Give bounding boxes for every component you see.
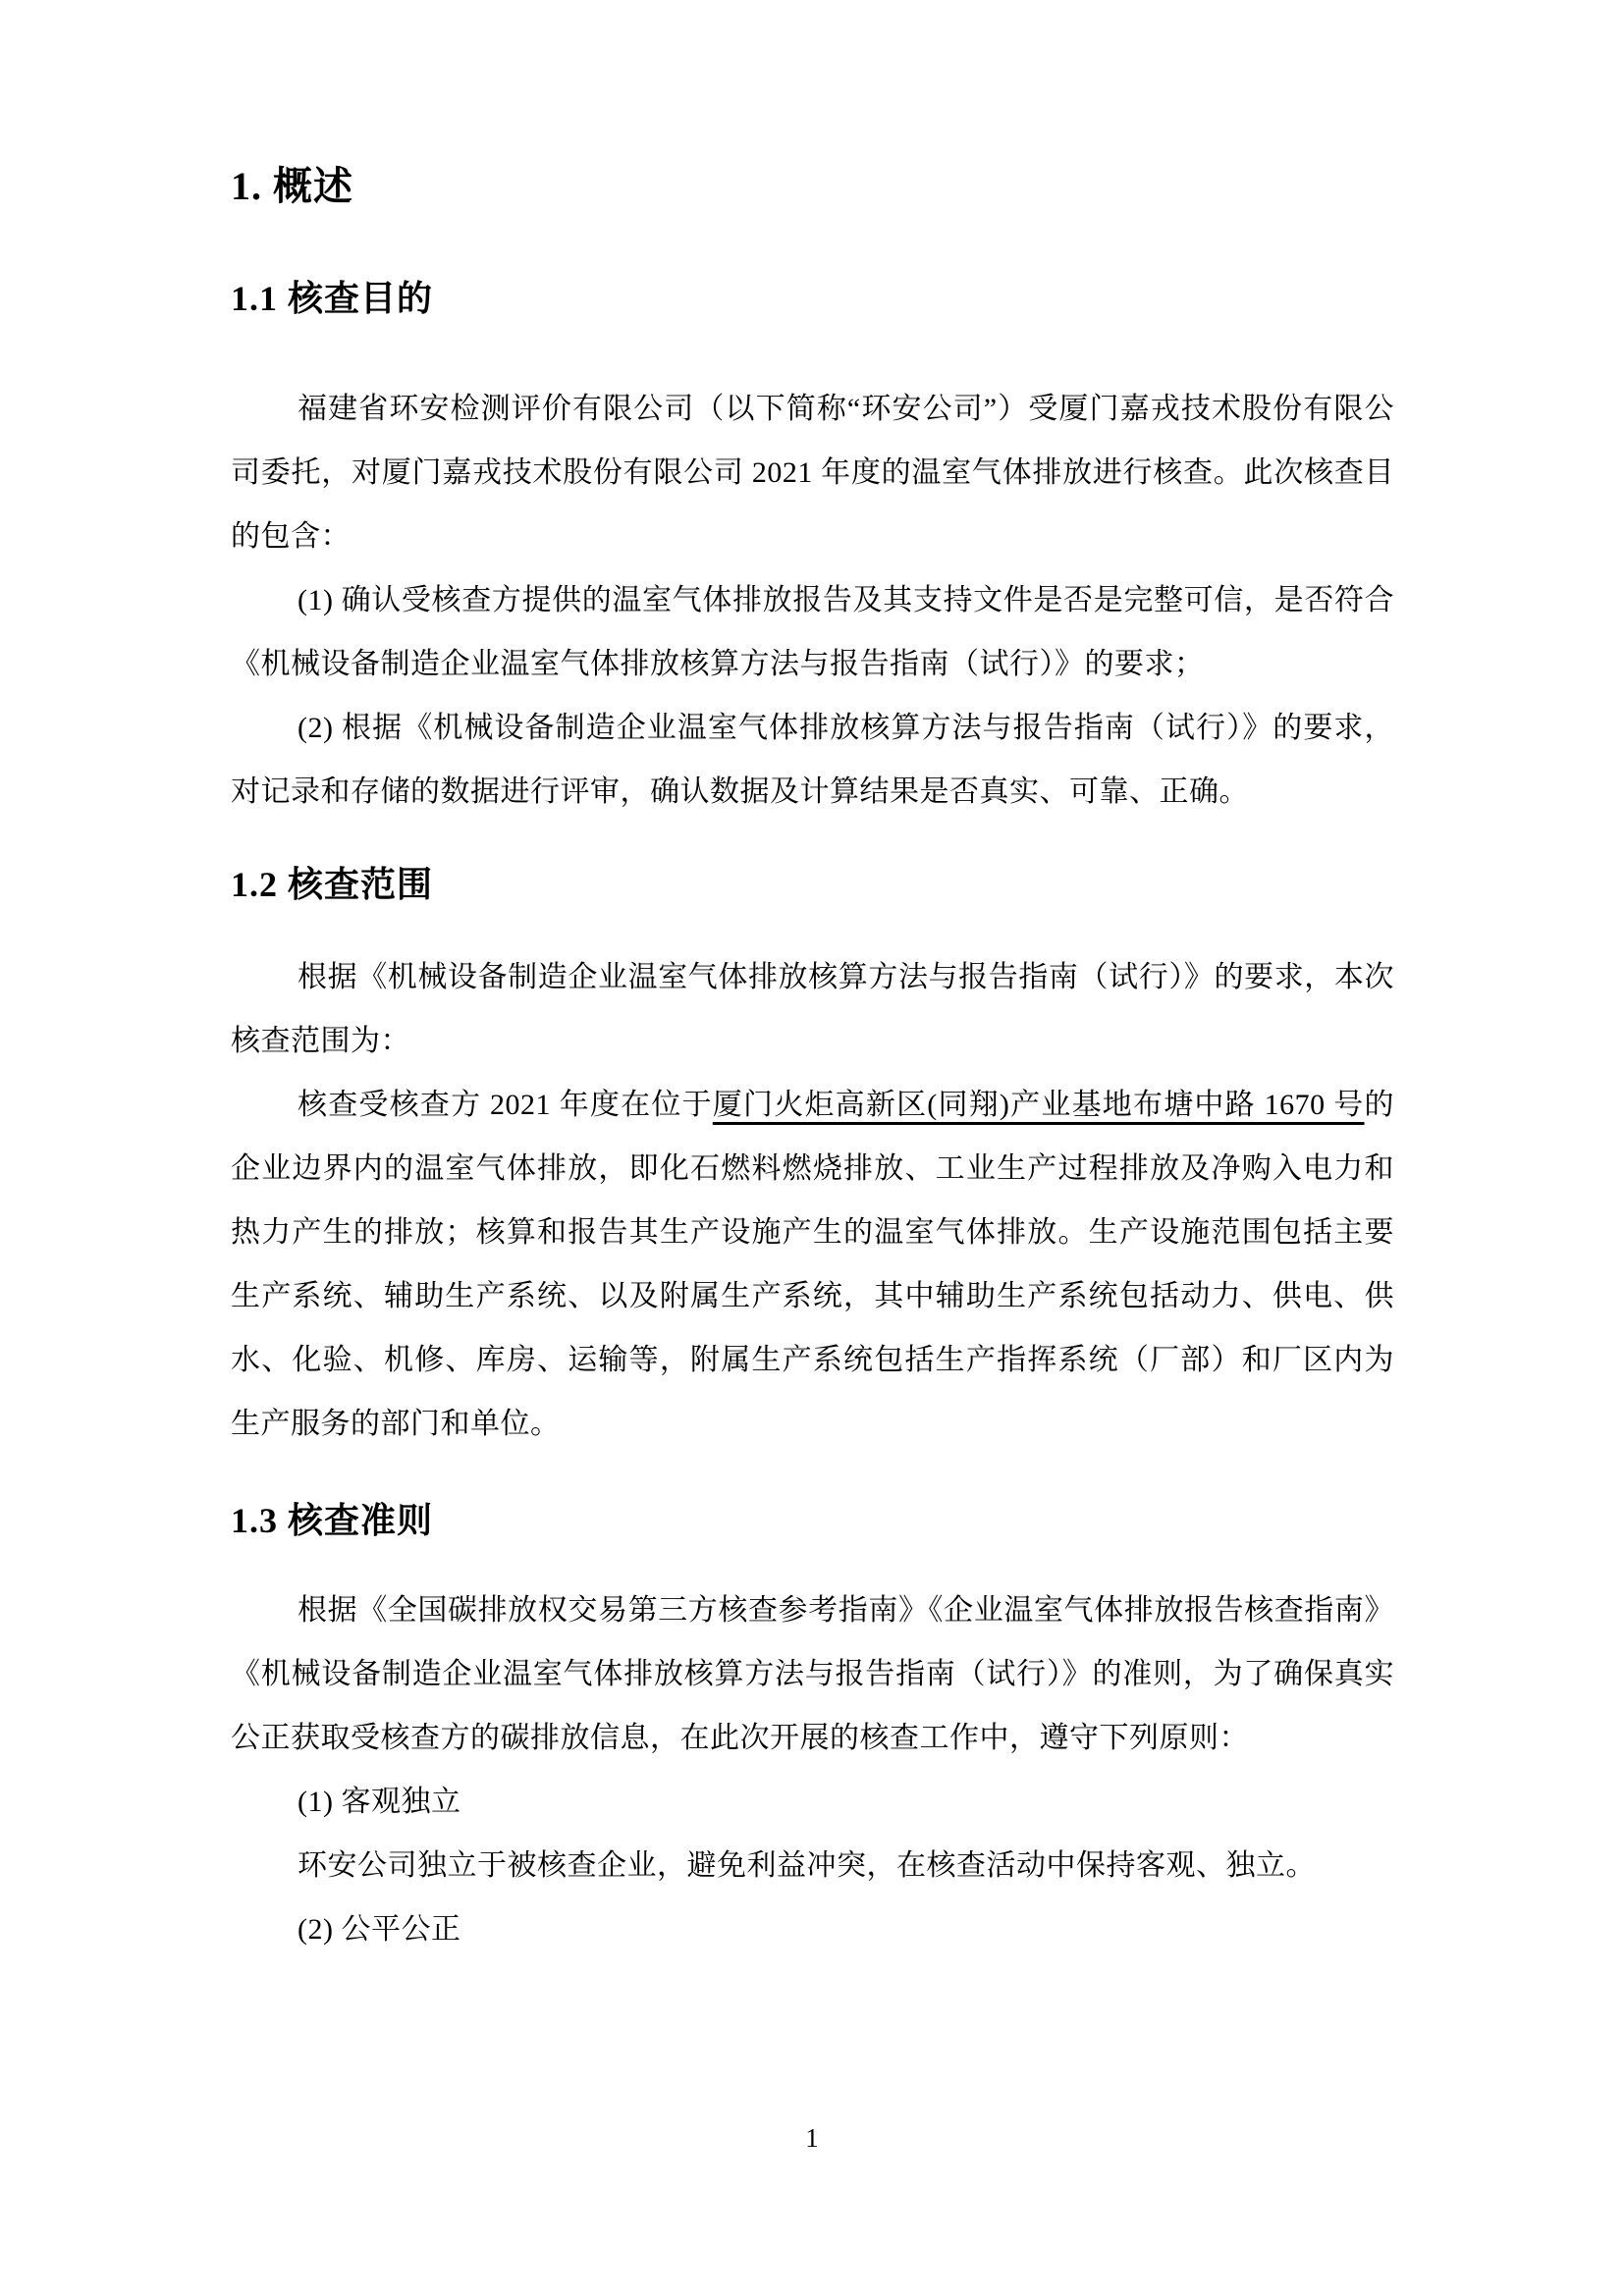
- document-page: 1. 概述 1.1 核查目的 福建省环安检测评价有限公司（以下简称“环安公司”）…: [0, 0, 1624, 2296]
- chapter-title: 1. 概述: [231, 161, 1394, 212]
- section-heading-1-3: 1.3 核查准则: [231, 1497, 1394, 1544]
- document-content: 1. 概述 1.1 核查目的 福建省环安检测评价有限公司（以下简称“环安公司”）…: [231, 0, 1394, 1961]
- section-heading-1-1: 1.1 核查目的: [231, 275, 1394, 322]
- page-number: 1: [0, 2122, 1624, 2154]
- paragraph-list-item-2: (2) 根据《机械设备制造企业温室气体排放核算方法与报告指南（试行）》的要求，对…: [231, 696, 1394, 824]
- principle-item-2: (2) 公平公正: [231, 1897, 1394, 1961]
- paragraph: 根据《全国碳排放权交易第三方核查参考指南》《企业温室气体排放报告核查指南》《机械…: [231, 1578, 1394, 1770]
- section-1-2-body: 根据《机械设备制造企业温室气体排放核算方法与报告指南（试行）》的要求，本次核查范…: [231, 945, 1394, 1456]
- address-suffix-text: 的企业边界内的温室气体排放，即化石燃料燃烧排放、工业生产过程排放及净购入电力和热…: [231, 1089, 1394, 1440]
- principle-item-1: (1) 客观独立: [231, 1770, 1394, 1834]
- paragraph: 福建省环安检测评价有限公司（以下简称“环安公司”）受厦门嘉戎技术股份有限公司委托…: [231, 377, 1394, 568]
- section-1-3-body: 根据《全国碳排放权交易第三方核查参考指南》《企业温室气体排放报告核查指南》《机械…: [231, 1578, 1394, 1961]
- verified-site-address: 厦门火炬高新区(同翔)产业基地布塘中路 1670 号: [713, 1089, 1365, 1121]
- paragraph: 环安公司独立于被核查企业，避免利益冲突，在核查活动中保持客观、独立。: [231, 1834, 1394, 1897]
- paragraph: 根据《机械设备制造企业温室气体排放核算方法与报告指南（试行）》的要求，本次核查范…: [231, 945, 1394, 1073]
- section-1-1-body: 福建省环安检测评价有限公司（以下简称“环安公司”）受厦门嘉戎技术股份有限公司委托…: [231, 377, 1394, 824]
- paragraph-list-item-1: (1) 确认受核查方提供的温室气体排放报告及其支持文件是否是完整可信，是否符合《…: [231, 568, 1394, 696]
- section-heading-1-2: 1.2 核查范围: [231, 861, 1394, 908]
- address-prefix-text: 核查受核查方 2021 年度在位于: [298, 1089, 713, 1121]
- paragraph-with-address: 核查受核查方 2021 年度在位于厦门火炬高新区(同翔)产业基地布塘中路 167…: [231, 1073, 1394, 1456]
